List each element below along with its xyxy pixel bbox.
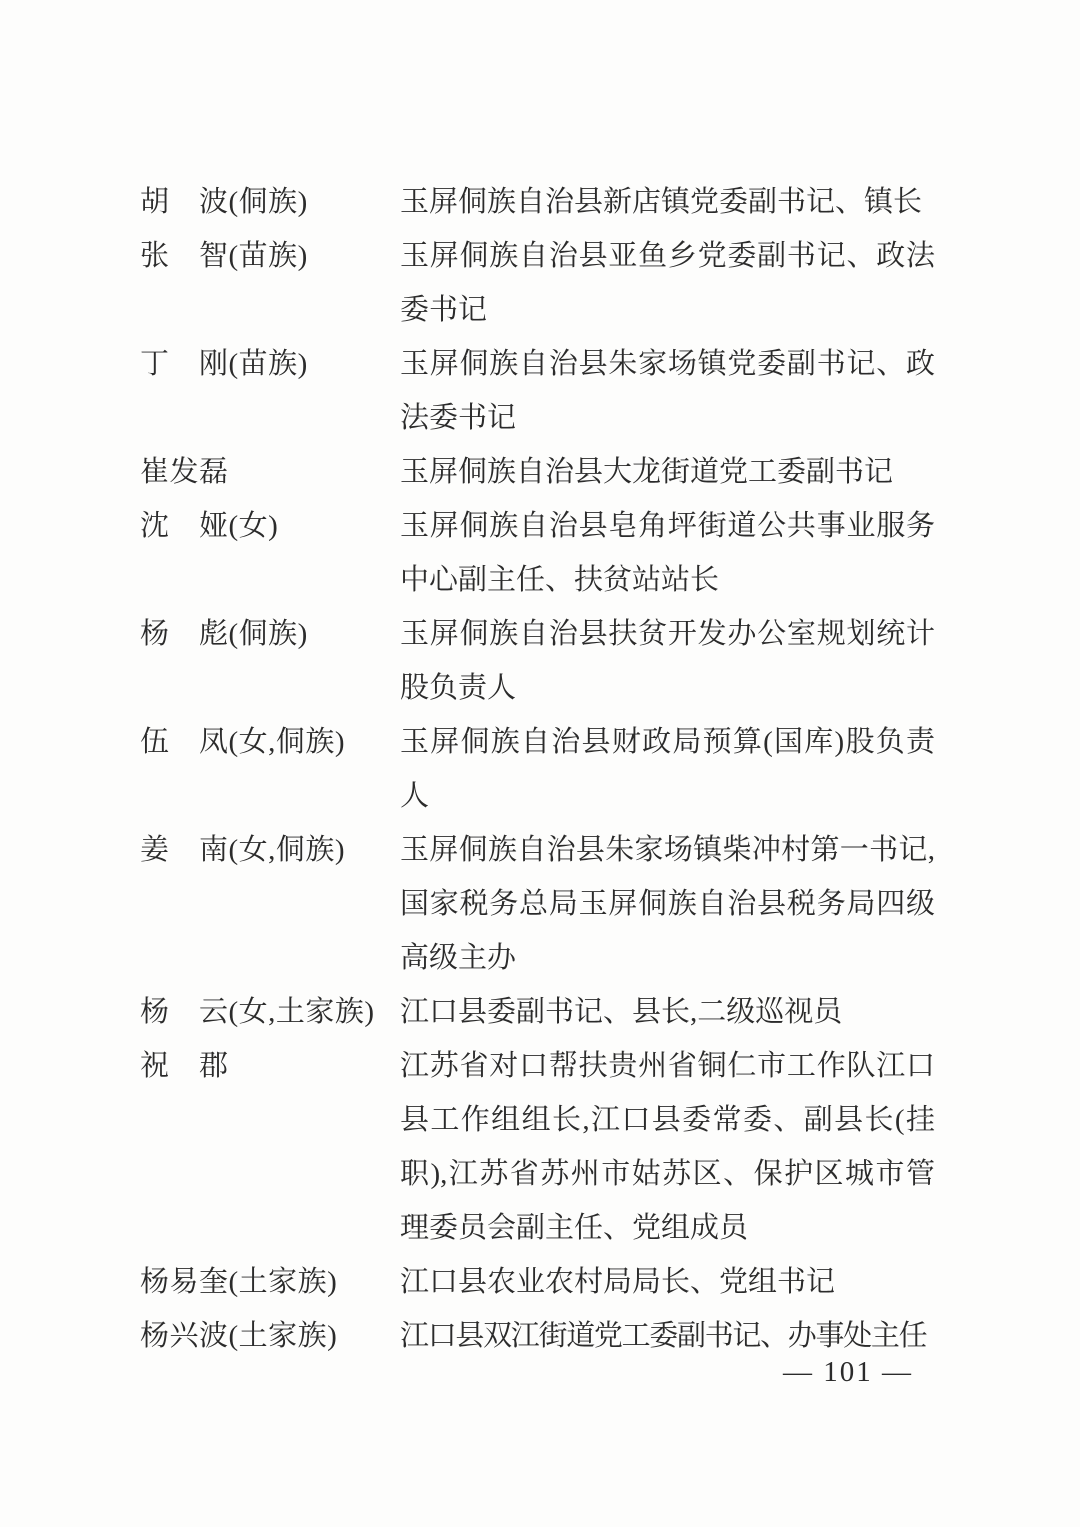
person-name: 杨 云(女,土家族) [140,985,400,1039]
person-position: 江口县委副书记、县长,二级巡视员 [400,985,935,1039]
person-name: 姜 南(女,侗族) [140,823,400,877]
person-position: 江口县双江街道党工委副书记、办事处主任 [400,1309,935,1363]
person-position: 玉屏侗族自治县财政局预算(国库)股负责人 [400,715,935,823]
record-row: 丁 刚(苗族) 玉屏侗族自治县朱家场镇党委副书记、政法委书记 [140,337,935,445]
person-position: 玉屏侗族自治县朱家场镇党委副书记、政法委书记 [400,337,935,445]
person-position: 玉屏侗族自治县扶贫开发办公室规划统计股负责人 [400,607,935,715]
person-position: 江苏省对口帮扶贵州省铜仁市工作队江口县工作组组长,江口县委常委、副县长(挂职),… [400,1039,935,1255]
document-page: 胡 波(侗族) 玉屏侗族自治县新店镇党委副书记、镇长 张 智(苗族) 玉屏侗族自… [0,0,1080,1527]
person-position: 玉屏侗族自治县亚鱼乡党委副书记、政法委书记 [400,229,935,337]
person-position: 玉屏侗族自治县皂角坪街道公共事业服务中心副主任、扶贫站站长 [400,499,935,607]
person-name: 杨易奎(土家族) [140,1255,400,1309]
record-row: 张 智(苗族) 玉屏侗族自治县亚鱼乡党委副书记、政法委书记 [140,229,935,337]
person-position: 玉屏侗族自治县大龙街道党工委副书记 [400,445,935,499]
person-name: 杨兴波(土家族) [140,1309,400,1363]
record-row: 杨易奎(土家族) 江口县农业农村局局长、党组书记 [140,1255,935,1309]
person-name: 沈 娅(女) [140,499,400,553]
record-row: 杨 彪(侗族) 玉屏侗族自治县扶贫开发办公室规划统计股负责人 [140,607,935,715]
person-name: 祝 郡 [140,1039,400,1093]
roster-list: 胡 波(侗族) 玉屏侗族自治县新店镇党委副书记、镇长 张 智(苗族) 玉屏侗族自… [140,175,935,1363]
person-name: 杨 彪(侗族) [140,607,400,661]
person-position: 玉屏侗族自治县朱家场镇柴冲村第一书记,国家税务总局玉屏侗族自治县税务局四级高级主… [400,823,935,985]
person-name: 胡 波(侗族) [140,175,400,229]
record-row: 胡 波(侗族) 玉屏侗族自治县新店镇党委副书记、镇长 [140,175,935,229]
person-position: 玉屏侗族自治县新店镇党委副书记、镇长 [400,175,935,229]
record-row: 杨 云(女,土家族) 江口县委副书记、县长,二级巡视员 [140,985,935,1039]
person-name: 丁 刚(苗族) [140,337,400,391]
page-number: — 101 — [783,1356,913,1388]
record-row: 姜 南(女,侗族) 玉屏侗族自治县朱家场镇柴冲村第一书记,国家税务总局玉屏侗族自… [140,823,935,985]
record-row: 沈 娅(女) 玉屏侗族自治县皂角坪街道公共事业服务中心副主任、扶贫站站长 [140,499,935,607]
record-row: 杨兴波(土家族) 江口县双江街道党工委副书记、办事处主任 [140,1309,935,1363]
record-row: 祝 郡 江苏省对口帮扶贵州省铜仁市工作队江口县工作组组长,江口县委常委、副县长(… [140,1039,935,1255]
record-row: 崔发磊 玉屏侗族自治县大龙街道党工委副书记 [140,445,935,499]
person-name: 伍 凤(女,侗族) [140,715,400,769]
record-row: 伍 凤(女,侗族) 玉屏侗族自治县财政局预算(国库)股负责人 [140,715,935,823]
person-position: 江口县农业农村局局长、党组书记 [400,1255,935,1309]
person-name: 张 智(苗族) [140,229,400,283]
person-name: 崔发磊 [140,445,400,499]
